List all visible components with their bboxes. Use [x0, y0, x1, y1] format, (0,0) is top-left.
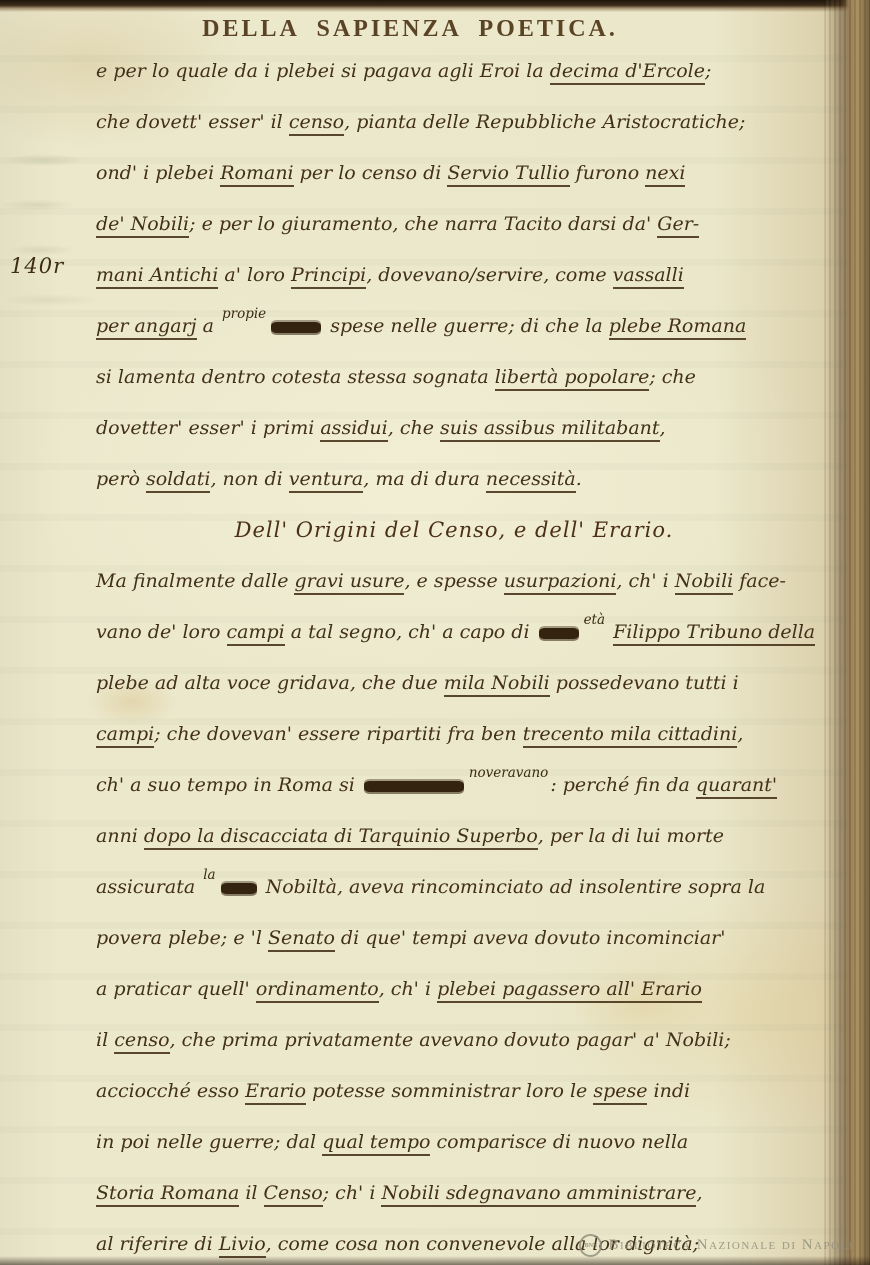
- page-right-edge: [824, 0, 870, 1265]
- text-segment: ,: [660, 417, 666, 439]
- underlined-segment: gravi usure: [294, 570, 404, 595]
- text-segment: spese nelle guerre; di che la: [324, 315, 609, 337]
- text-segment: , per la di lui morte: [538, 825, 724, 847]
- underlined-segment: libertà popolare: [495, 366, 650, 391]
- text-segment: comparisce di nuovo nella: [430, 1131, 688, 1153]
- text-segment: in poi nelle guerre; dal: [96, 1131, 322, 1153]
- inked-out-word: [364, 781, 464, 792]
- text-segment: , pianta delle Repubbliche Aristocratich…: [344, 111, 745, 133]
- underlined-segment: dopo la discacciata di Tarquinio Superbo: [144, 825, 538, 850]
- text-segment: il: [96, 1029, 114, 1051]
- inked-out-word: [539, 628, 579, 639]
- manuscript-line: però soldati, non di ventura, ma di dura…: [96, 454, 812, 505]
- underlined-segment: censo: [114, 1029, 169, 1054]
- underlined-segment: mila Nobili: [444, 672, 550, 697]
- underlined-segment: Servio Tullio: [447, 162, 569, 187]
- library-watermark: BNN Biblioteca Nazionale di Napoli: [579, 1234, 854, 1257]
- watermark-text: Biblioteca Nazionale di Napoli: [608, 1237, 854, 1254]
- underlined-segment: mani Antichi: [96, 264, 218, 289]
- underlined-segment: qual tempo: [322, 1131, 430, 1156]
- text-segment: ,: [737, 723, 743, 745]
- underlined-segment: usurpazioni: [504, 570, 617, 595]
- manuscript-line: si lamenta dentro cotesta stessa sognata…: [96, 352, 812, 403]
- text-segment: ; che: [649, 366, 696, 388]
- underlined-segment: Senato: [268, 927, 335, 952]
- text-segment: però: [96, 468, 146, 490]
- manuscript-line: mani Antichi a' loro Principi, dovevano/…: [96, 250, 812, 301]
- folio-mark: 140r: [10, 254, 64, 278]
- manuscript-line: a praticar quell' ordinamento, ch' i ple…: [96, 964, 812, 1015]
- text-segment: a: [197, 315, 220, 337]
- text-segment: a tal segno, ch' a capo di: [285, 621, 536, 643]
- text-segment: si lamenta dentro cotesta stessa sognata: [96, 366, 495, 388]
- underlined-segment: vassalli: [613, 264, 684, 289]
- text-segment: , che: [388, 417, 440, 439]
- underlined-segment: Nobili sdegnavano amministrare: [381, 1182, 696, 1207]
- manuscript-line: per angarj a propie spese nelle guerre; …: [96, 301, 812, 352]
- underlined-segment: ventura: [289, 468, 364, 493]
- text-segment: Nobiltà, aveva rincominciato ad insolent…: [260, 876, 766, 898]
- underlined-segment: Principi: [291, 264, 366, 289]
- underlined-segment: Nobili: [675, 570, 733, 595]
- text-segment: vano de' loro: [96, 621, 227, 643]
- text-segment: ;: [705, 60, 711, 82]
- text-segment: che dovett' esser' il: [96, 111, 289, 133]
- library-logo-icon: BNN: [579, 1234, 602, 1257]
- underlined-segment: necessità: [486, 468, 576, 493]
- text-segment: ond' i plebei: [96, 162, 220, 184]
- text-segment: a praticar quell': [96, 978, 256, 1000]
- underlined-segment: Livio: [219, 1233, 266, 1258]
- text-segment: di que' tempi aveva dovuto incominciar': [335, 927, 726, 949]
- underlined-segment: nexi: [645, 162, 685, 187]
- text-segment: possedevano tutti i: [550, 672, 739, 694]
- logo-monogram: BNN: [585, 1243, 598, 1249]
- underlined-segment: Romani: [220, 162, 293, 187]
- text-segment: , ch' i: [616, 570, 674, 592]
- text-segment: acciocché esso: [96, 1080, 245, 1102]
- text-segment: ; che dovevan' essere ripartiti fra ben: [154, 723, 522, 745]
- underlined-segment: censo: [289, 111, 344, 136]
- page-title: DELLA SAPIENZA POETICA.: [0, 16, 820, 43]
- text-segment: a' loro: [218, 264, 291, 286]
- underlined-segment: soldati: [146, 468, 210, 493]
- underlined-segment: assidui: [320, 417, 387, 442]
- underlined-segment: per angarj: [96, 315, 197, 340]
- text-segment: , dovevano/servire, come: [366, 264, 612, 286]
- underlined-segment: Ger-: [657, 213, 699, 238]
- text-segment: .: [576, 468, 582, 490]
- text-segment: furono: [570, 162, 646, 184]
- text-segment: povera plebe; e 'l: [96, 927, 268, 949]
- text-segment: ; e per lo giuramento, che narra Tacito …: [189, 213, 657, 235]
- manuscript-line: de' Nobili; e per lo giuramento, che nar…: [96, 199, 812, 250]
- text-segment: plebe ad alta voce gridava, che due: [96, 672, 444, 694]
- manuscript-line: vano de' loro campi a tal segno, ch' a c…: [96, 607, 812, 658]
- underlined-segment: decima d'Ercole: [550, 60, 705, 85]
- underlined-segment: suis assibus militabant: [440, 417, 660, 442]
- underlined-segment: campi: [227, 621, 285, 646]
- manuscript-page: DELLA SAPIENZA POETICA. 140r e per lo qu…: [0, 0, 870, 1265]
- manuscript-line: assicurata la Nobiltà, aveva rincomincia…: [96, 862, 812, 913]
- underlined-segment: Erario: [245, 1080, 306, 1105]
- manuscript-line: anni dopo la discacciata di Tarquinio Su…: [96, 811, 812, 862]
- underlined-segment: Censo: [264, 1182, 323, 1207]
- manuscript-line: che dovett' esser' il censo, pianta dell…: [96, 97, 812, 148]
- section-heading: Dell' Origini del Censo, e dell' Erario.: [96, 505, 812, 556]
- manuscript-line: plebe ad alta voce gridava, che due mila…: [96, 658, 812, 709]
- manuscript-line: dovetter' esser' i primi assidui, che su…: [96, 403, 812, 454]
- manuscript-line: campi; che dovevan' essere ripartiti fra…: [96, 709, 812, 760]
- text-segment: , non di: [210, 468, 288, 490]
- text-segment: ,: [696, 1182, 702, 1204]
- underlined-segment: plebei pagassero all' Erario: [437, 978, 702, 1003]
- inked-out-word: [221, 883, 257, 894]
- underlined-segment: ordinamento: [256, 978, 379, 1003]
- manuscript-text: e per lo quale da i plebei si pagava agl…: [96, 46, 812, 1265]
- inked-out-word: [271, 322, 321, 333]
- text-segment: anni: [96, 825, 144, 847]
- underlined-segment: spese: [593, 1080, 647, 1105]
- manuscript-line: il censo, che prima privatamente avevano…: [96, 1015, 812, 1066]
- text-segment: al riferire di: [96, 1233, 219, 1255]
- underlined-segment: quarant': [696, 774, 777, 799]
- text-segment: ; ch' i: [323, 1182, 382, 1204]
- text-segment: Ma finalmente dalle: [96, 570, 294, 592]
- manuscript-line: Storia Romana il Censo; ch' i Nobili sde…: [96, 1168, 812, 1219]
- text-segment: , che prima privatamente avevano dovuto …: [170, 1029, 731, 1051]
- manuscript-line: ond' i plebei Romani per lo censo di Ser…: [96, 148, 812, 199]
- text-segment: dovetter' esser' i primi: [96, 417, 320, 439]
- manuscript-line: Ma finalmente dalle gravi usure, e spess…: [96, 556, 812, 607]
- text-segment: ch' a suo tempo in Roma si: [96, 774, 361, 796]
- manuscript-line: in poi nelle guerre; dal qual tempo comp…: [96, 1117, 812, 1168]
- text-segment: potesse somministrar loro le: [306, 1080, 593, 1102]
- text-segment: face-: [733, 570, 786, 592]
- page-top-edge: [0, 0, 870, 12]
- text-segment: , ma di dura: [363, 468, 486, 490]
- text-segment: e per lo quale da i plebei si pagava agl…: [96, 60, 550, 82]
- text-segment: , ch' i: [379, 978, 437, 1000]
- text-segment: : perché fin da: [550, 774, 696, 796]
- manuscript-line: acciocché esso Erario potesse somministr…: [96, 1066, 812, 1117]
- text-segment: assicurata: [96, 876, 201, 898]
- text-segment: il: [239, 1182, 263, 1204]
- text-segment: per lo censo di: [294, 162, 448, 184]
- manuscript-line: ch' a suo tempo in Roma si noveravano: p…: [96, 760, 812, 811]
- underlined-segment: de' Nobili: [96, 213, 189, 238]
- underlined-segment: trecento mila cittadini: [523, 723, 738, 748]
- manuscript-line: e per lo quale da i plebei si pagava agl…: [96, 46, 812, 97]
- text-segment: indi: [647, 1080, 690, 1102]
- manuscript-line: povera plebe; e 'l Senato di que' tempi …: [96, 913, 812, 964]
- underlined-segment: Storia Romana: [96, 1182, 239, 1207]
- text-segment: , e spesse: [404, 570, 503, 592]
- underlined-segment: campi: [96, 723, 154, 748]
- underlined-segment: Filippo Tribuno della: [613, 621, 815, 646]
- underlined-segment: plebe Romana: [609, 315, 747, 340]
